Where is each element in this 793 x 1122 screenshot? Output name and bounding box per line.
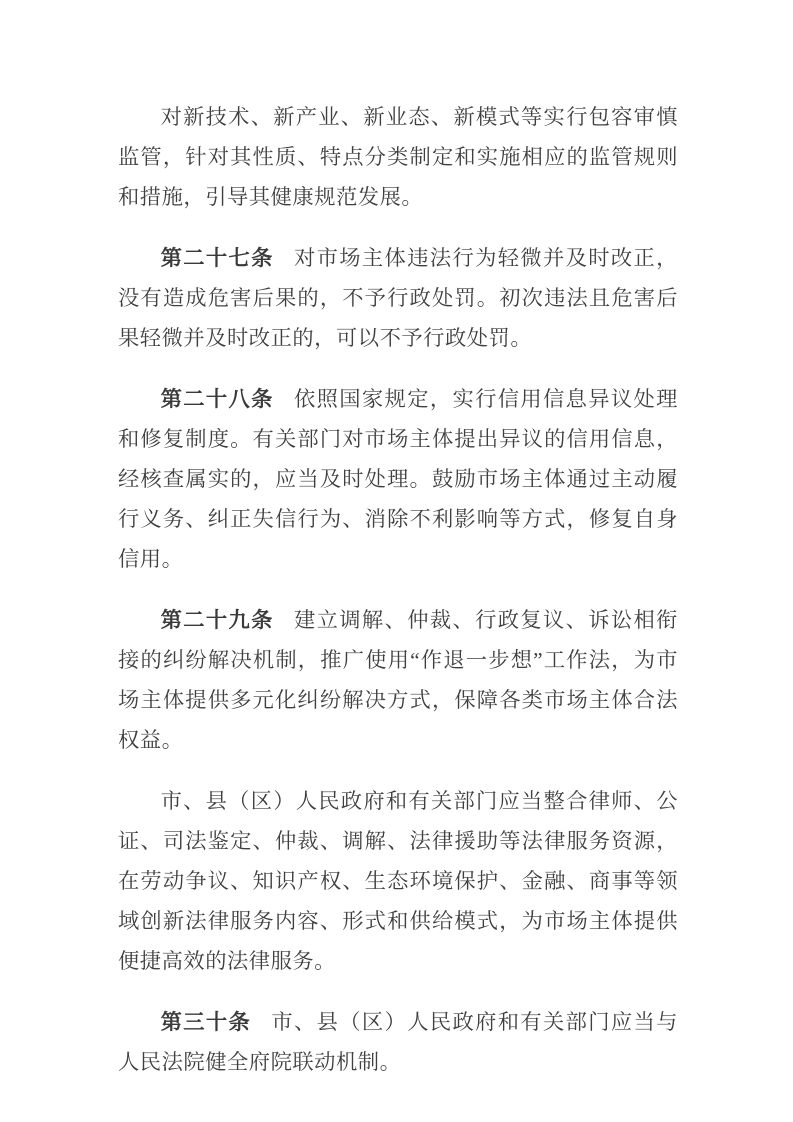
- document-page: 对新技术、新产业、新业态、新模式等实行包容审慎监管，针对其性质、特点分类制定和实…: [0, 0, 793, 1122]
- article-number-label: 第二十九条: [161, 608, 274, 632]
- article-29-paragraph-2: 市、县（区）人民政府和有关部门应当整合律师、公证、司法鉴定、仲裁、调解、法律援助…: [118, 781, 678, 981]
- intro-paragraph: 对新技术、新产业、新业态、新模式等实行包容审慎监管，针对其性质、特点分类制定和实…: [118, 97, 678, 217]
- paragraph-text: 市、县（区）人民政府和有关部门应当整合律师、公证、司法鉴定、仲裁、调解、法律援助…: [118, 789, 678, 973]
- article-28-paragraph: 第二十八条依照国家规定，实行信用信息异议处理和修复制度。有关部门对市场主体提出异…: [118, 379, 678, 579]
- article-number-label: 第二十八条: [161, 387, 274, 411]
- article-number-label: 第二十七条: [161, 246, 274, 270]
- article-number-label: 第三十条: [161, 1010, 252, 1034]
- article-27-paragraph: 第二十七条对市场主体违法行为轻微并及时改正，没有造成危害后果的，不予行政处罚。初…: [118, 238, 678, 358]
- article-29-paragraph: 第二十九条建立调解、仲裁、行政复议、诉讼相衔接的纠纷解决机制，推广使用“作退一步…: [118, 600, 678, 760]
- article-30-paragraph: 第三十条市、县（区）人民政府和有关部门应当与人民法院健全府院联动机制。: [118, 1002, 678, 1082]
- document-body: 对新技术、新产业、新业态、新模式等实行包容审慎监管，针对其性质、特点分类制定和实…: [118, 97, 678, 1082]
- paragraph-text: 对新技术、新产业、新业态、新模式等实行包容审慎监管，针对其性质、特点分类制定和实…: [118, 105, 678, 209]
- paragraph-text: 依照国家规定，实行信用信息异议处理和修复制度。有关部门对市场主体提出异议的信用信…: [118, 387, 678, 571]
